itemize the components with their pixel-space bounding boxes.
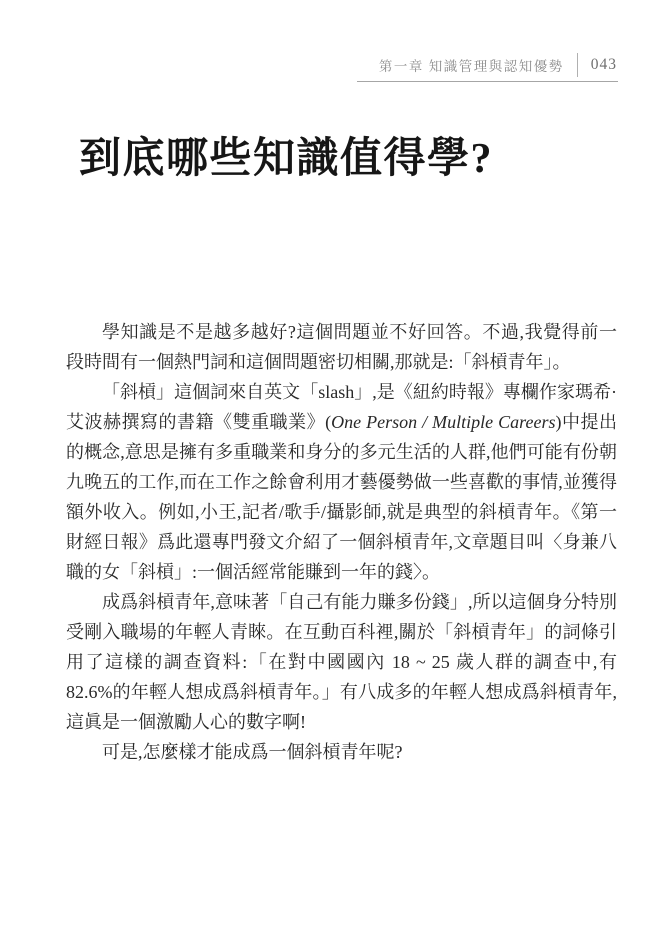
paragraph: 「斜槓」這個詞來自英文「slash」,是《紐約時報》專欄作家瑪希·艾波赫撰寫的書… <box>66 377 617 587</box>
page-body: 學知識是不是越多越好?這個問題並不好回答。不過,我覺得前一段時間有一個熱門詞和這… <box>66 317 617 767</box>
paragraph: 學知識是不是越多越好?這個問題並不好回答。不過,我覺得前一段時間有一個熱門詞和這… <box>66 317 617 377</box>
text-run: )中提出的概念,意思是擁有多重職業和身分的多元生活的人群,他們可能有份朝九晚五的… <box>66 412 617 582</box>
page-number: 043 <box>591 56 617 74</box>
text-run: 學知識是不是越多越好?這個問題並不好回答。不過,我覺得前一段時間有一個熱門詞和這… <box>66 322 617 372</box>
paragraph: 成爲斜槓青年,意味著「自己有能力賺多份錢」,所以這個身分特別受剛入職場的年輕人青… <box>66 587 617 737</box>
paragraph: 可是,怎麼樣才能成爲一個斜槓青年呢? <box>66 737 617 767</box>
book-page: 第一章 知識管理與認知優勢 043 到底哪些知識值得學? 學知識是不是越多越好?… <box>0 0 663 932</box>
italic-run: One Person / Multiple Careers <box>331 412 555 432</box>
page-title: 到底哪些知識值得學? <box>79 134 493 184</box>
running-header: 第一章 知識管理與認知優勢 043 <box>379 53 617 77</box>
header-rule <box>357 81 618 82</box>
text-run: 成爲斜槓青年,意味著「自己有能力賺多份錢」,所以這個身分特別受剛入職場的年輕人青… <box>66 592 617 732</box>
text-run: 可是,怎麼樣才能成爲一個斜槓青年呢? <box>102 742 403 762</box>
chapter-label: 第一章 知識管理與認知優勢 <box>379 55 564 75</box>
header-divider <box>577 53 578 77</box>
